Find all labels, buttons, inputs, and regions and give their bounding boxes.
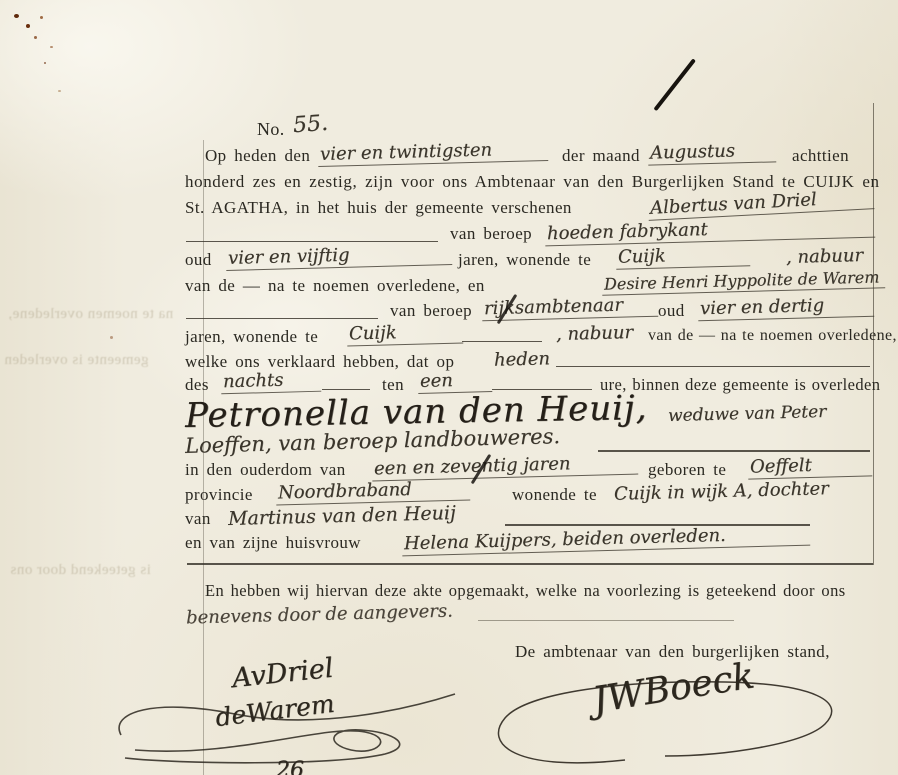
form-text: geboren te: [648, 460, 726, 480]
ink-stain: [26, 24, 30, 28]
entry-declarant1-occupation: hoeden fabrykant: [545, 215, 875, 247]
ink-stain: [58, 90, 61, 92]
form-text: honderd zes en zestig, zijn voor ons Amb…: [185, 172, 880, 192]
bleedthrough-text: gemeente is overleden: [4, 352, 149, 369]
entry-declarant2-name: Desire Henri Hyppolite de Warem: [602, 267, 886, 295]
form-text: van de — na te noemen overledene,: [648, 327, 897, 345]
form-text: wonende te: [512, 485, 597, 505]
partial-bottom-writing: 26: [276, 758, 304, 775]
entry-declarant1-residence: Cuijk: [616, 243, 751, 269]
act-number-label: No.: [257, 119, 285, 140]
entry-father-name: Martinus van den Heuij: [228, 502, 456, 530]
officer-title: De ambtenaar van den burgerlijken stand,: [515, 642, 830, 662]
pen-flourish: [653, 58, 696, 111]
ink-stain: [50, 46, 53, 48]
entry-declarant1-age: vier en vijftig: [226, 242, 453, 271]
ink-stain: [110, 336, 113, 339]
ink-stain: [14, 14, 19, 18]
fill-in-rule: [322, 389, 370, 390]
entry-day: vier en twintigsten: [318, 138, 549, 167]
fill-in-rule: [598, 450, 870, 452]
entry-province: Noordbraband: [276, 477, 471, 505]
form-text: jaren, wonende te: [185, 327, 318, 347]
fill-in-rule: [462, 341, 542, 342]
form-text: jaren, wonende te: [458, 250, 591, 270]
entry-relation: , nabuur: [786, 245, 864, 268]
form-text: en van zijne huisvrouw: [185, 533, 361, 553]
entry-mother-name: Helena Kuijpers, beiden overleden.: [402, 523, 810, 557]
entry-declarant2-residence: Cuijk: [347, 320, 464, 346]
act-number-value: 55.: [292, 111, 329, 138]
bleedthrough-text: na te noemen overledene,: [8, 306, 173, 323]
fill-in-rule: [556, 366, 870, 367]
form-text: St. AGATHA, in het huis der gemeente ver…: [185, 198, 572, 218]
form-text: van de — na te noemen overledene, en: [185, 276, 485, 296]
form-text: van: [185, 509, 211, 529]
entry-death-date: heden: [494, 348, 551, 370]
entry-relation: , nabuur: [556, 322, 634, 345]
entry-deceased-residence: Cuijk in wijk A, dochter: [614, 478, 829, 505]
form-text: van beroep: [390, 301, 472, 321]
fill-in-rule: [186, 318, 378, 319]
form-text: provincie: [185, 485, 253, 505]
entry-deceased-age: een en zeventig jaren: [372, 452, 639, 482]
form-text: van beroep: [450, 224, 532, 244]
ink-stain: [40, 16, 43, 19]
ink-stain: [44, 62, 46, 64]
form-text: achttien: [792, 146, 849, 166]
bleedthrough-text: is geteekend door ons: [10, 562, 151, 579]
section-divider-rule: [187, 563, 873, 565]
scanned-death-certificate: na te noemen overledene, gemeente is ove…: [0, 0, 898, 775]
form-text: oud: [185, 250, 212, 270]
ink-stain: [34, 36, 37, 39]
form-text: En hebben wij hiervan deze akte opgemaak…: [205, 581, 846, 601]
form-text: des: [185, 375, 209, 395]
fill-in-rule: [478, 620, 734, 621]
entry-month: Augustus: [648, 139, 777, 165]
fill-in-rule: [186, 241, 438, 242]
entry-declarant2-age: vier en dertig: [698, 294, 875, 322]
form-text: Op heden den: [205, 146, 310, 166]
form-text: der maand: [562, 146, 640, 166]
entry-death-daypart: nachts: [221, 369, 322, 395]
entry-birthplace: Oeffelt: [748, 453, 873, 479]
form-text: oud: [658, 301, 685, 321]
form-text: in den ouderdom van: [185, 460, 346, 480]
entry-closing-note: benevens door de aangevers.: [186, 601, 453, 629]
entry-deceased-status: weduwe van Peter: [668, 402, 827, 426]
